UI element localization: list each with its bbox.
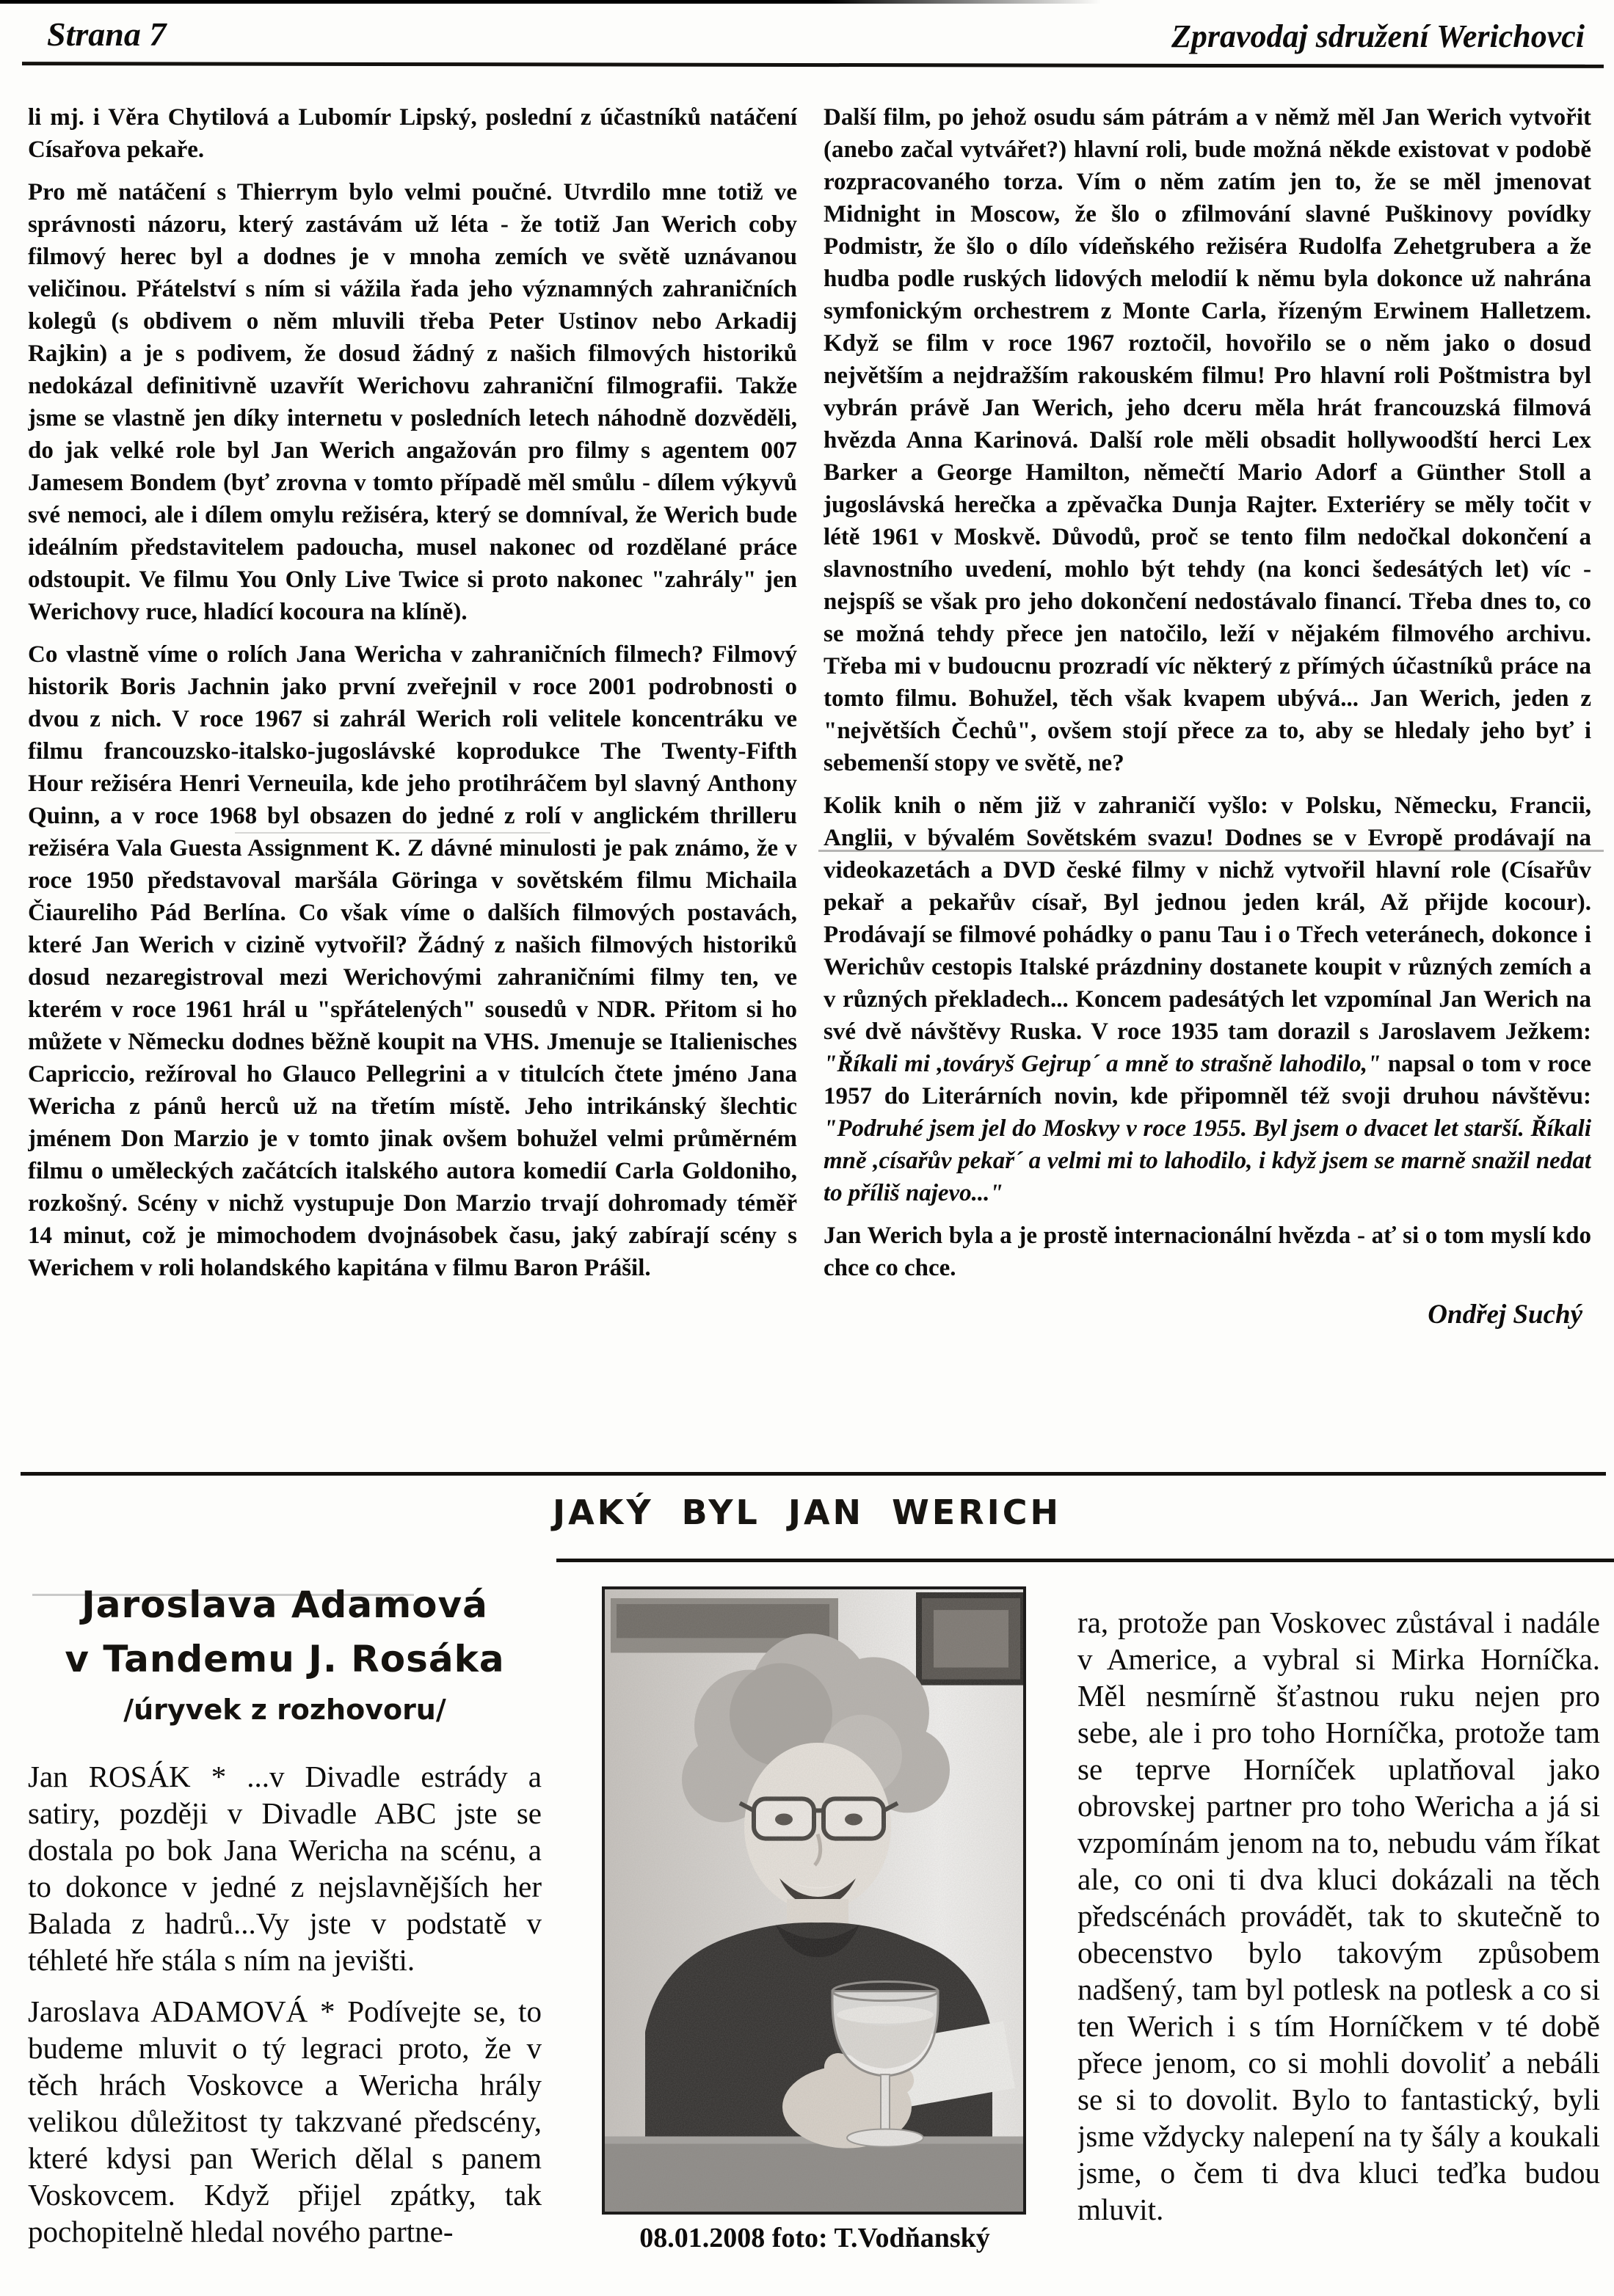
interview-heading-line: Jaroslava Adamová (28, 1578, 542, 1632)
paragraph: Pro mě natáčení s Thierrym bylo velmi po… (28, 176, 797, 628)
page-number: Strana 7 (47, 15, 166, 54)
interview-heading-line: v Tandemu J. Rosáka (28, 1632, 542, 1686)
photo-illustration (605, 1589, 1023, 2212)
header-rule (22, 62, 1604, 68)
paragraph: li mj. i Věra Chytilová a Lubomír Lipský… (28, 101, 797, 166)
quote-segment: "Podruhé jsem jel do Moskvy v roce 1955.… (824, 1115, 1591, 1206)
paragraph-with-quotes: Kolik knih o něm již v zahraničí vyšlo: … (824, 790, 1591, 1209)
paragraph: Jan Werich byla a je prostě internacioná… (824, 1220, 1591, 1284)
photo-caption: 08.01.2008 foto: T.Vodňanský (572, 2222, 1057, 2254)
photo-jaroslava-adamova (602, 1586, 1026, 2215)
interview-answer-continued: ra, protože pan Voskovec zůstával i nadá… (1077, 1604, 1600, 2228)
article-column-left: li mj. i Věra Chytilová a Lubomír Lipský… (28, 101, 797, 1468)
scan-artifact-top-streak (0, 0, 1101, 4)
paragraph: Další film, po jehož osudu sám pátrám a … (824, 101, 1591, 779)
interview-column-right: ra, protože pan Voskovec zůstával i nadá… (1077, 1604, 1600, 2296)
interview-question: Jan ROSÁK * ...v Divadle estrády a satir… (28, 1758, 542, 1978)
quote-segment: "Říkali mi ,továryš Gejrup´ a mně to str… (824, 1051, 1381, 1077)
section-rule-top (21, 1472, 1606, 1476)
interview-heading: Jaroslava Adamová v Tandemu J. Rosáka /ú… (28, 1578, 542, 1733)
section-rule-bottom (556, 1559, 1614, 1562)
paragraph: Co vlastně víme o rolích Jana Wericha v … (28, 638, 797, 1284)
photo-grain-overlay (605, 1589, 1023, 2212)
interview-column-left: Jaroslava Adamová v Tandemu J. Rosáka /ú… (28, 1578, 542, 2296)
interview-answer: Jaroslava ADAMOVÁ * Podívejte se, to bud… (28, 1993, 542, 2250)
article-column-right: Další film, po jehož osudu sám pátrám a … (824, 101, 1591, 1468)
section-title: JAKÝ BYL JAN WERICH (0, 1493, 1614, 1532)
author-signature: Ondřej Suchý (824, 1299, 1591, 1330)
scanned-newsletter-page: Strana 7 Zpravodaj sdružení Werichovci l… (0, 0, 1614, 2296)
text-segment: Kolik knih o něm již v zahraničí vyšlo: … (824, 792, 1591, 1045)
newsletter-title: Zpravodaj sdružení Werichovci (1171, 18, 1585, 55)
interview-heading-subtitle: /úryvek z rozhovoru/ (28, 1686, 542, 1733)
